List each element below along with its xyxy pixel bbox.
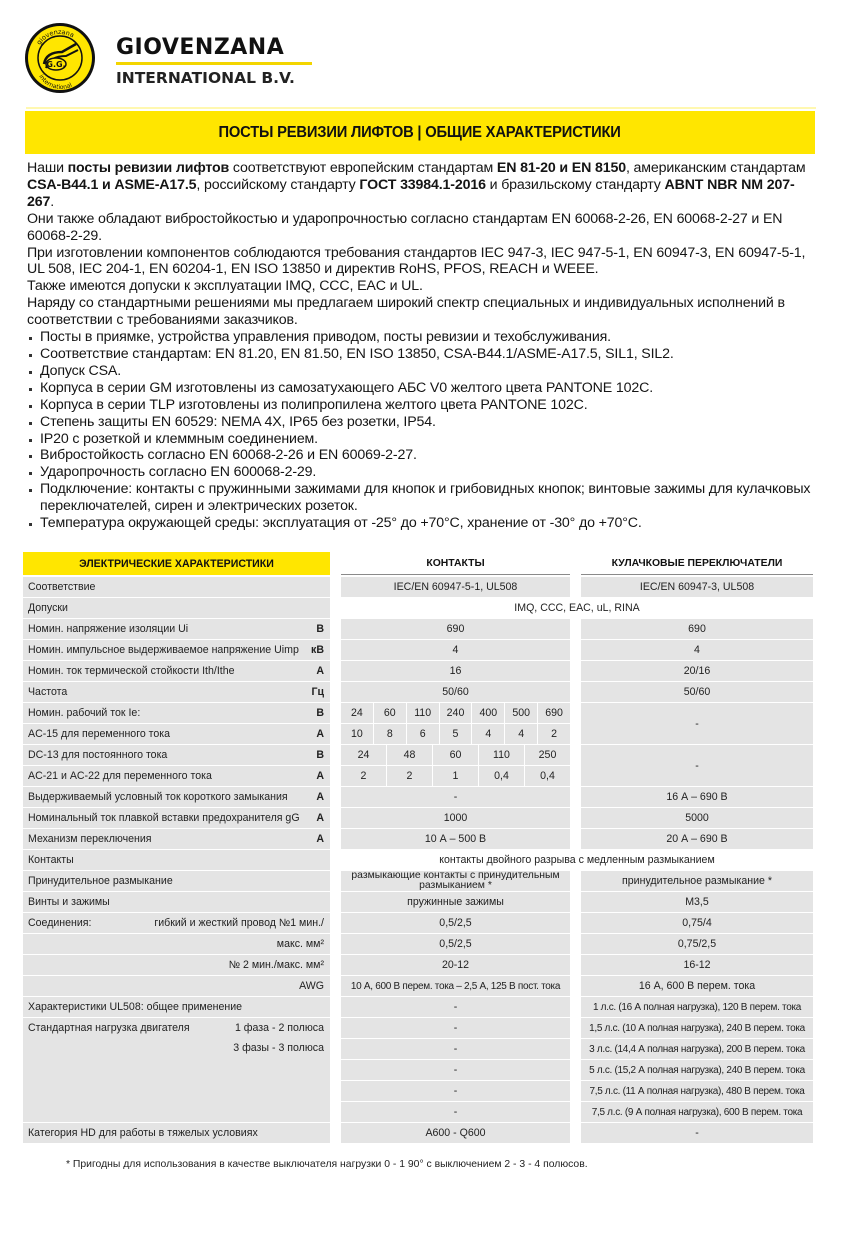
table-row: - 3 л.с. (14,4 А полная нагрузка), 200 В… <box>23 1039 831 1060</box>
footnote: * Пригодны для использования в качестве … <box>66 1159 588 1170</box>
text: Наши <box>27 160 68 176</box>
row-label: Номинальный ток плавкой вставки предохра… <box>28 812 300 824</box>
cell: 10 А – 500 В <box>341 829 570 849</box>
table-row: Номин. напряжение изоляции UiВ 690 690 <box>23 619 831 640</box>
row-label: Характеристики UL508: общее применение <box>28 1001 242 1013</box>
table-row: Номинальный ток плавкой вставки предохра… <box>23 808 831 829</box>
cell: размыкающие контакты с принудительным ра… <box>341 871 570 891</box>
cell: контакты двойного разрыва с медленным ра… <box>341 850 813 870</box>
page-title: ПОСТЫ РЕВИЗИИ ЛИФТОВ | ОБЩИЕ ХАРАКТЕРИСТ… <box>219 124 621 142</box>
table-row: Характеристики UL508: общее применение -… <box>23 997 831 1018</box>
table-row: Выдерживаемый условный ток короткого зам… <box>23 787 831 808</box>
cell: 16 А, 600 В перем. тока <box>581 976 813 996</box>
cell: 7,5 л.с. (11 А полная нагрузка), 480 В п… <box>581 1081 813 1101</box>
cell: 16 <box>341 661 570 681</box>
table-row: - 5 л.с. (15,2 А полная нагрузка), 240 В… <box>23 1060 831 1081</box>
grid-cell: 2 <box>386 766 432 786</box>
table-row: № 2 мин./макс. мм² 20-12 16-12 <box>23 955 831 976</box>
intro-text: Наши посты ревизии лифтов соответствуют … <box>27 160 817 532</box>
cell: 10 А, 600 В перем. тока – 2,5 А, 125 В п… <box>341 976 570 996</box>
intro-paragraph-approvals: Также имеются допуски к эксплуатации IMQ… <box>27 278 817 295</box>
cell: 50/60 <box>341 682 570 702</box>
table-row: AC-21 и AC-22 для переменного токаА 2210… <box>23 766 831 787</box>
row-label: Частота <box>28 686 67 698</box>
table-row: Номин. рабочий ток Ie:В 2460110240400500… <box>23 703 831 724</box>
cell: IMQ, CCC, EAC, uL, RINA <box>341 598 813 618</box>
table-row: - 7,5 л.с. (9 А полная нагрузка), 600 В … <box>23 1102 831 1123</box>
grid-cell: 10 <box>341 724 373 744</box>
unit: кВ <box>311 640 324 660</box>
unit: А <box>316 787 324 807</box>
text: и бразильскому стандарту <box>486 177 665 193</box>
list-item: Вибростойкость согласно EN 60068-2-26 и … <box>27 447 817 464</box>
grid-cell: 24 <box>341 745 386 765</box>
table-row: - 7,5 л.с. (11 А полная нагрузка), 480 В… <box>23 1081 831 1102</box>
row-label: AC-15 для переменного тока <box>28 728 170 740</box>
grid-cell: 240 <box>439 703 472 723</box>
grid-cell: 110 <box>478 745 524 765</box>
grid-cell: 110 <box>406 703 439 723</box>
cell: 5 л.с. (15,2 А полная нагрузка), 240 В п… <box>581 1060 813 1080</box>
grid-cell: 60 <box>432 745 478 765</box>
row-label: Соответствие <box>28 581 95 593</box>
grid-cell: 1 <box>432 766 478 786</box>
row-label: Категория HD для работы в тяжелых услови… <box>28 1127 258 1139</box>
svg-text:G.G.: G.G. <box>46 60 65 69</box>
spec-table: ЭЛЕКТРИЧЕСКИЕ ХАРАКТЕРИСТИКИ КОНТАКТЫ КУ… <box>23 552 831 1144</box>
grid-cell: 690 <box>537 703 570 723</box>
grid-cell: 8 <box>373 724 406 744</box>
unit: А <box>316 808 324 828</box>
cell: пружинные зажимы <box>341 892 570 912</box>
bold-text: EN 81-20 и EN 8150 <box>497 160 626 176</box>
text: , американским стандартам <box>626 160 806 176</box>
grid-cell: 0,4 <box>524 766 570 786</box>
list-item: Степень защиты EN 60529: NEMA 4X, IP65 б… <box>27 414 817 431</box>
cell: 0,75/4 <box>581 913 813 933</box>
row-label: Контакты <box>28 854 74 866</box>
list-item: Корпуса в серии GM изготовлены из самоза… <box>27 380 817 397</box>
row-label: Номин. рабочий ток Ie: <box>28 707 140 719</box>
cell: 20-12 <box>341 955 570 975</box>
header-cam-switches: КУЛАЧКОВЫЕ ПЕРЕКЛЮЧАТЕЛИ <box>581 552 813 575</box>
unit: Гц <box>311 682 324 702</box>
grid-cell: 400 <box>471 703 504 723</box>
cell: 3 л.с. (14,4 А полная нагрузка), 200 В п… <box>581 1039 813 1059</box>
ac15-current-grid: 10865442 <box>341 724 570 744</box>
divider <box>26 107 816 109</box>
table-row: Соответствие IEC/EN 60947-5-1, UL508 IEC… <box>23 577 831 598</box>
cell: 20 А – 690 В <box>581 829 813 849</box>
ac21-current-grid: 2210,40,4 <box>341 766 570 786</box>
bold-text: CSA-B44.1 и ASME-A17.5 <box>27 177 196 193</box>
list-item: Соответствие стандартам: EN 81.20, EN 81… <box>27 346 817 363</box>
table-row: Допуски IMQ, CCC, EAC, uL, RINA <box>23 598 831 619</box>
unit: А <box>316 724 324 744</box>
cell: - <box>341 787 570 807</box>
cell: - <box>341 1060 570 1080</box>
cell: 0,5/2,5 <box>341 913 570 933</box>
cell: М3,5 <box>581 892 813 912</box>
table-row: AWG 10 А, 600 В перем. тока – 2,5 А, 125… <box>23 976 831 997</box>
cell: IEC/EN 60947-3, UL508 <box>581 577 813 597</box>
table-row: Соединения: гибкий и жесткий провод №1 м… <box>23 913 831 934</box>
table-row: макс. мм² 0,5/2,5 0,75/2,5 <box>23 934 831 955</box>
row-label: AC-21 и AC-22 для переменного тока <box>28 770 212 782</box>
intro-paragraph-vibration: Они также обладают вибростойкостью и уда… <box>27 211 817 245</box>
unit: В <box>316 703 324 723</box>
cell: - <box>341 1018 570 1038</box>
table-row: Механизм переключенияА 10 А – 500 В 20 А… <box>23 829 831 850</box>
cell: 50/60 <box>581 682 813 702</box>
grid-cell: 60 <box>373 703 406 723</box>
cell: IEC/EN 60947-5-1, UL508 <box>341 577 570 597</box>
cell: - <box>341 1102 570 1122</box>
table-row: Номин. импульсное выдерживаемое напряжен… <box>23 640 831 661</box>
table-row: ЧастотаГц 50/60 50/60 <box>23 682 831 703</box>
table-row: AC-15 для переменного токаА 10865442 <box>23 724 831 745</box>
header-contacts: КОНТАКТЫ <box>341 552 570 575</box>
text: . <box>50 194 54 210</box>
grid-cell: 4 <box>471 724 504 744</box>
cell: 20/16 <box>581 661 813 681</box>
unit: А <box>316 829 324 849</box>
brand-name: GIOVENZANA <box>116 36 312 60</box>
row-sublabel: № 2 мин./макс. мм² <box>229 959 324 971</box>
cell: - <box>341 997 570 1017</box>
grid-cell: 5 <box>439 724 472 744</box>
unit: А <box>316 661 324 681</box>
table-row: DC-13 для постоянного токаВ 244860110250… <box>23 745 831 766</box>
table-row: Винты и зажимы пружинные зажимы М3,5 <box>23 892 831 913</box>
feature-list: Посты в приямке, устройства управления п… <box>27 329 817 532</box>
row-label: Выдерживаемый условный ток короткого зам… <box>28 791 288 803</box>
list-item: Корпуса в серии TLP изготовлены из полип… <box>27 397 817 414</box>
row-label: Соединения: <box>28 917 92 929</box>
grid-cell: 250 <box>524 745 570 765</box>
table-row: - 1,5 л.с. (10 А полная нагрузка), 240 В… <box>23 1018 831 1039</box>
unit: В <box>316 745 324 765</box>
giovenzana-logo-icon: G.G. giovenzana international <box>24 22 96 94</box>
intro-paragraph-components: При изготовлении компонентов соблюдаются… <box>27 245 817 279</box>
grid-cell: 6 <box>406 724 439 744</box>
cell: 5000 <box>581 808 813 828</box>
page-title-bar: ПОСТЫ РЕВИЗИИ ЛИФТОВ | ОБЩИЕ ХАРАКТЕРИСТ… <box>25 111 815 154</box>
bold-text: ГОСТ 33984.1-2016 <box>359 177 485 193</box>
grid-cell: 4 <box>504 724 537 744</box>
cell: 1,5 л.с. (10 А полная нагрузка), 240 В п… <box>581 1018 813 1038</box>
list-item: Ударопрочность согласно EN 600068-2-29. <box>27 464 817 481</box>
cell: - <box>341 1039 570 1059</box>
unit: В <box>316 619 324 639</box>
grid-cell: 500 <box>504 703 537 723</box>
dc13-voltage-grid: 244860110250 <box>341 745 570 765</box>
table-row: Принудительное размыкание размыкающие ко… <box>23 871 831 892</box>
table-row: Номин. ток термической стойкости Ith/Ith… <box>23 661 831 682</box>
cell: А600 - Q600 <box>341 1123 570 1143</box>
cell: 0,5/2,5 <box>341 934 570 954</box>
cell: принудительное размыкание * <box>581 871 813 891</box>
header-electrical: ЭЛЕКТРИЧЕСКИЕ ХАРАКТЕРИСТИКИ <box>23 552 330 575</box>
cell: - <box>581 1123 813 1143</box>
cell: 1000 <box>341 808 570 828</box>
row-label: Винты и зажимы <box>28 896 110 908</box>
row-sublabel: гибкий и жесткий провод №1 мин./ <box>154 917 324 929</box>
cell: 4 <box>581 640 813 660</box>
grid-cell: 2 <box>537 724 570 744</box>
motor-load-block: Стандартная нагрузка двигателя 1 фаза - … <box>23 1018 831 1123</box>
grid-cell: 0,4 <box>478 766 524 786</box>
grid-cell: 2 <box>341 766 386 786</box>
cell: 4 <box>341 640 570 660</box>
intro-paragraph-standards: Наши посты ревизии лифтов соответствуют … <box>27 160 817 211</box>
list-item: Подключение: контакты с пружинными зажим… <box>27 481 817 515</box>
text: соответствуют европейским стандартам <box>229 160 497 176</box>
cell: - <box>341 1081 570 1101</box>
grid-cell: 48 <box>386 745 432 765</box>
row-label: Механизм переключения <box>28 833 152 845</box>
brand-subtitle: INTERNATIONAL B.V. <box>116 69 312 87</box>
row-sublabel: макс. мм² <box>277 938 324 950</box>
brand: GIOVENZANA INTERNATIONAL B.V. <box>116 36 312 87</box>
row-label: Номин. импульсное выдерживаемое напряжен… <box>28 644 299 656</box>
cell: 0,75/2,5 <box>581 934 813 954</box>
list-item: IP20 с розеткой и клеммным соединением. <box>27 431 817 448</box>
cell: 7,5 л.с. (9 А полная нагрузка), 600 В пе… <box>581 1102 813 1122</box>
table-row: Категория HD для работы в тяжелых услови… <box>23 1123 831 1144</box>
bold-text: посты ревизии лифтов <box>68 160 230 176</box>
ie-voltage-grid: 2460110240400500690 <box>341 703 570 723</box>
cell: 690 <box>581 619 813 639</box>
grid-cell: 24 <box>341 703 373 723</box>
table-header: ЭЛЕКТРИЧЕСКИЕ ХАРАКТЕРИСТИКИ КОНТАКТЫ КУ… <box>23 552 831 575</box>
row-label: Номин. ток термической стойкости Ith/Ith… <box>28 665 235 677</box>
row-label: Номин. напряжение изоляции Ui <box>28 623 188 635</box>
row-label: Принудительное размыкание <box>28 875 173 887</box>
list-item: Посты в приямке, устройства управления п… <box>27 329 817 346</box>
table-row: Контакты контакты двойного разрыва с мед… <box>23 850 831 871</box>
row-label: DC-13 для постоянного тока <box>28 749 167 761</box>
list-item: Допуск CSA. <box>27 363 817 380</box>
cell: 690 <box>341 619 570 639</box>
unit: А <box>316 766 324 786</box>
intro-paragraph-custom: Наряду со стандартными решениями мы пред… <box>27 295 817 329</box>
cell: 16 А – 690 В <box>581 787 813 807</box>
row-label: Допуски <box>28 602 68 614</box>
list-item: Температура окружающей среды: эксплуатац… <box>27 515 817 532</box>
brand-underline <box>116 62 312 65</box>
row-sublabel: AWG <box>299 980 324 992</box>
cell: 1 л.с. (16 А полная нагрузка), 120 В пер… <box>581 997 813 1017</box>
cell: 16-12 <box>581 955 813 975</box>
text: , российскому стандарту <box>196 177 359 193</box>
